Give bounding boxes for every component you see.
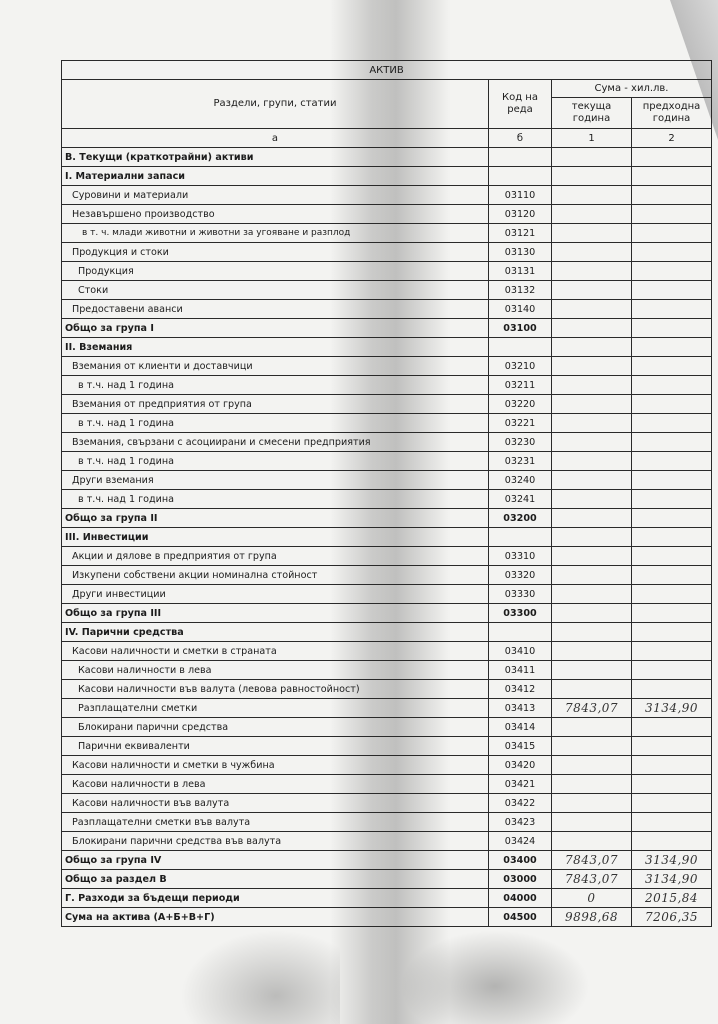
row-code: 03320 [489,566,552,585]
row-code: 03420 [489,756,552,775]
table-row: Суровини и материали03110 [62,186,712,205]
row-code: 03140 [489,300,552,319]
table-row: Предоставени аванси03140 [62,300,712,319]
row-current-year-value [552,395,632,414]
row-previous-year-value: 3134,90 [632,699,712,718]
row-label: Предоставени аванси [62,300,489,319]
table-row: Сума на актива (А+Б+В+Г)045009898,687206… [62,908,712,927]
row-current-year-value [552,224,632,243]
row-current-year-value [552,243,632,262]
table-row: Блокирани парични средства във валута034… [62,832,712,851]
row-current-year-value [552,528,632,547]
header-previous-line2: година [653,113,690,124]
table-row: Г. Разходи за бъдещи периоди0400002015,8… [62,889,712,908]
row-previous-year-value [632,718,712,737]
row-code: 03100 [489,319,552,338]
row-previous-year-value [632,414,712,433]
table-row: III. Инвестиции [62,528,712,547]
row-code: 03421 [489,775,552,794]
row-label: Г. Разходи за бъдещи периоди [62,889,489,908]
row-current-year-value [552,547,632,566]
table-row: Касови наличности във валута (левова рав… [62,680,712,699]
row-code: 03300 [489,604,552,623]
row-code: 03221 [489,414,552,433]
row-code: 03211 [489,376,552,395]
row-previous-year-value [632,471,712,490]
header-current-line1: текуща [572,101,611,112]
row-current-year-value: 7843,07 [552,851,632,870]
row-code: 03130 [489,243,552,262]
row-code: 03412 [489,680,552,699]
row-label: Касови наличности в лева [62,775,489,794]
row-code: 03310 [489,547,552,566]
row-previous-year-value [632,623,712,642]
row-code: 03330 [489,585,552,604]
row-previous-year-value [632,376,712,395]
row-previous-year-value [632,680,712,699]
row-current-year-value [552,718,632,737]
row-current-year-value [552,471,632,490]
row-label: Касови наличности в лева [62,661,489,680]
row-label: в т.ч. над 1 година [62,414,489,433]
row-previous-year-value [632,148,712,167]
row-previous-year-value [632,167,712,186]
row-current-year-value [552,642,632,661]
table-row: Продукция и стоки03130 [62,243,712,262]
row-current-year-value [552,186,632,205]
row-current-year-value: 7843,07 [552,870,632,889]
row-label: Общо за раздел В [62,870,489,889]
table-row: Касови наличности и сметки в страната034… [62,642,712,661]
row-previous-year-value [632,794,712,813]
row-current-year-value [552,300,632,319]
row-label: IV. Парични средства [62,623,489,642]
row-current-year-value [552,281,632,300]
scan-shadow [400,930,590,1024]
row-current-year-value [552,490,632,509]
row-previous-year-value [632,300,712,319]
row-code: 03240 [489,471,552,490]
row-code [489,528,552,547]
header-sum-group: Сума - хил.лв. [552,80,712,98]
row-current-year-value [552,433,632,452]
table-row: Вземания от предприятия от група03220 [62,395,712,414]
row-code: 03121 [489,224,552,243]
row-code [489,167,552,186]
table-row: в т. ч. млади животни и животни за угояв… [62,224,712,243]
row-code: 03132 [489,281,552,300]
row-current-year-value [552,680,632,699]
table-row: в т.ч. над 1 година03231 [62,452,712,471]
header-previous-year: предходна година [632,98,712,129]
row-current-year-value [552,205,632,224]
row-current-year-value [552,148,632,167]
table-row: Общо за раздел В030007843,073134,90 [62,870,712,889]
row-previous-year-value [632,395,712,414]
row-previous-year-value: 2015,84 [632,889,712,908]
table-title: АКТИВ [62,61,712,80]
table-row: Общо за група IV034007843,073134,90 [62,851,712,870]
row-label: Парични еквиваленти [62,737,489,756]
row-label: в т. ч. млади животни и животни за угояв… [62,224,489,243]
row-code: 03241 [489,490,552,509]
row-current-year-value [552,357,632,376]
row-label: Други вземания [62,471,489,490]
scan-shadow [180,930,340,1024]
row-label: III. Инвестиции [62,528,489,547]
header-previous-line1: предходна [643,101,701,112]
row-code: 03424 [489,832,552,851]
row-label: Стоки [62,281,489,300]
row-code: 03131 [489,262,552,281]
table-body: В. Текущи (краткотрайни) активиI. Матери… [62,148,712,927]
row-previous-year-value [632,186,712,205]
row-current-year-value [552,756,632,775]
row-previous-year-value [632,509,712,528]
table-row: Продукция03131 [62,262,712,281]
row-code: 03200 [489,509,552,528]
row-label: в т.ч. над 1 година [62,452,489,471]
row-code: 03400 [489,851,552,870]
table-row: Касови наличности в лева03411 [62,661,712,680]
table-row: Касови наличности и сметки в чужбина0342… [62,756,712,775]
row-label: Разплащателни сметки във валута [62,813,489,832]
row-label: Касови наличности във валута (левова рав… [62,680,489,699]
row-previous-year-value: 3134,90 [632,851,712,870]
row-current-year-value [552,585,632,604]
row-label: в т.ч. над 1 година [62,490,489,509]
row-previous-year-value [632,490,712,509]
table-row: I. Материални запаси [62,167,712,186]
row-current-year-value [552,319,632,338]
row-label: Акции и дялове в предприятия от група [62,547,489,566]
row-current-year-value [552,566,632,585]
row-previous-year-value [632,338,712,357]
row-current-year-value [552,604,632,623]
row-label: Незавършено производство [62,205,489,224]
row-code: 03423 [489,813,552,832]
row-current-year-value [552,167,632,186]
row-label: Сума на актива (А+Б+В+Г) [62,908,489,927]
table-row: II. Вземания [62,338,712,357]
row-code: 03410 [489,642,552,661]
table-row: Други инвестиции03330 [62,585,712,604]
row-previous-year-value [632,319,712,338]
row-code: 04000 [489,889,552,908]
row-code [489,338,552,357]
row-label: Вземания, свързани с асоциирани и смесен… [62,433,489,452]
index-name: а [62,129,489,148]
row-previous-year-value [632,281,712,300]
table-row: в т.ч. над 1 година03221 [62,414,712,433]
row-previous-year-value [632,205,712,224]
row-label: Касови наличности и сметки в чужбина [62,756,489,775]
row-previous-year-value [632,224,712,243]
row-current-year-value [552,262,632,281]
row-current-year-value [552,452,632,471]
row-previous-year-value [632,642,712,661]
table-row: Незавършено производство03120 [62,205,712,224]
table-row: Разплащателни сметки034137843,073134,90 [62,699,712,718]
row-label: В. Текущи (краткотрайни) активи [62,148,489,167]
row-label: Общо за група II [62,509,489,528]
row-label: Общо за група IV [62,851,489,870]
table-row: Парични еквиваленти03415 [62,737,712,756]
row-code: 03110 [489,186,552,205]
row-label: Касови наличности и сметки в страната [62,642,489,661]
row-previous-year-value [632,566,712,585]
row-code: 03413 [489,699,552,718]
table-row: IV. Парични средства [62,623,712,642]
row-current-year-value [552,737,632,756]
row-previous-year-value [632,813,712,832]
row-label: Вземания от клиенти и доставчици [62,357,489,376]
row-code: 03120 [489,205,552,224]
row-previous-year-value [632,528,712,547]
header-current-line2: година [573,113,610,124]
row-current-year-value [552,414,632,433]
table-row: в т.ч. над 1 година03211 [62,376,712,395]
table-row: Стоки03132 [62,281,712,300]
header-name: Раздели, групи, статии [62,80,489,129]
row-label: II. Вземания [62,338,489,357]
header-current-year: текуща година [552,98,632,129]
row-label: Суровини и материали [62,186,489,205]
row-current-year-value [552,623,632,642]
row-previous-year-value [632,357,712,376]
index-current: 1 [552,129,632,148]
row-code: 03414 [489,718,552,737]
row-code: 04500 [489,908,552,927]
row-previous-year-value: 7206,35 [632,908,712,927]
row-code [489,623,552,642]
row-label: Продукция и стоки [62,243,489,262]
row-previous-year-value [632,832,712,851]
index-code: б [489,129,552,148]
index-previous: 2 [632,129,712,148]
row-current-year-value [552,376,632,395]
row-code: 03230 [489,433,552,452]
table-row: Общо за група I03100 [62,319,712,338]
row-current-year-value [552,775,632,794]
table-row: Разплащателни сметки във валута03423 [62,813,712,832]
row-code [489,148,552,167]
row-previous-year-value [632,585,712,604]
table-row: Блокирани парични средства03414 [62,718,712,737]
table-row: Други вземания03240 [62,471,712,490]
row-previous-year-value [632,243,712,262]
table-row: Касови наличности в лева03421 [62,775,712,794]
row-previous-year-value [632,661,712,680]
table-row: Изкупени собствени акции номинална стойн… [62,566,712,585]
row-code: 03210 [489,357,552,376]
row-current-year-value [552,661,632,680]
row-code: 03422 [489,794,552,813]
row-label: Други инвестиции [62,585,489,604]
row-label: Касови наличности във валута [62,794,489,813]
row-previous-year-value [632,452,712,471]
table-row: Касови наличности във валута03422 [62,794,712,813]
row-current-year-value: 0 [552,889,632,908]
header-code: Код на реда [489,80,552,129]
row-label: Блокирани парични средства във валута [62,832,489,851]
row-previous-year-value [632,604,712,623]
row-current-year-value [552,338,632,357]
table-row: Вземания, свързани с асоциирани и смесен… [62,433,712,452]
row-code: 03231 [489,452,552,471]
row-current-year-value [552,509,632,528]
row-label: в т.ч. над 1 година [62,376,489,395]
row-label: Продукция [62,262,489,281]
row-previous-year-value [632,756,712,775]
row-code: 03000 [489,870,552,889]
table-row: Вземания от клиенти и доставчици03210 [62,357,712,376]
row-label: I. Материални запаси [62,167,489,186]
table-row: в т.ч. над 1 година03241 [62,490,712,509]
row-label: Общо за група III [62,604,489,623]
table-row: Акции и дялове в предприятия от група033… [62,547,712,566]
header-code-line2: реда [507,104,533,115]
row-previous-year-value [632,775,712,794]
row-previous-year-value [632,737,712,756]
row-current-year-value [552,832,632,851]
table-row: Общо за група III03300 [62,604,712,623]
row-previous-year-value [632,547,712,566]
table-row: В. Текущи (краткотрайни) активи [62,148,712,167]
row-previous-year-value: 3134,90 [632,870,712,889]
row-code: 03411 [489,661,552,680]
row-code: 03415 [489,737,552,756]
table-row: Общо за група II03200 [62,509,712,528]
row-label: Разплащателни сметки [62,699,489,718]
header-code-line1: Код на [502,92,538,103]
row-current-year-value [552,813,632,832]
row-label: Общо за група I [62,319,489,338]
row-label: Изкупени собствени акции номинална стойн… [62,566,489,585]
row-label: Блокирани парични средства [62,718,489,737]
row-current-year-value: 7843,07 [552,699,632,718]
row-current-year-value [552,794,632,813]
row-label: Вземания от предприятия от група [62,395,489,414]
row-previous-year-value [632,433,712,452]
row-code: 03220 [489,395,552,414]
row-current-year-value: 9898,68 [552,908,632,927]
row-previous-year-value [632,262,712,281]
assets-balance-table: АКТИВ Раздели, групи, статии Код на реда… [61,60,712,927]
